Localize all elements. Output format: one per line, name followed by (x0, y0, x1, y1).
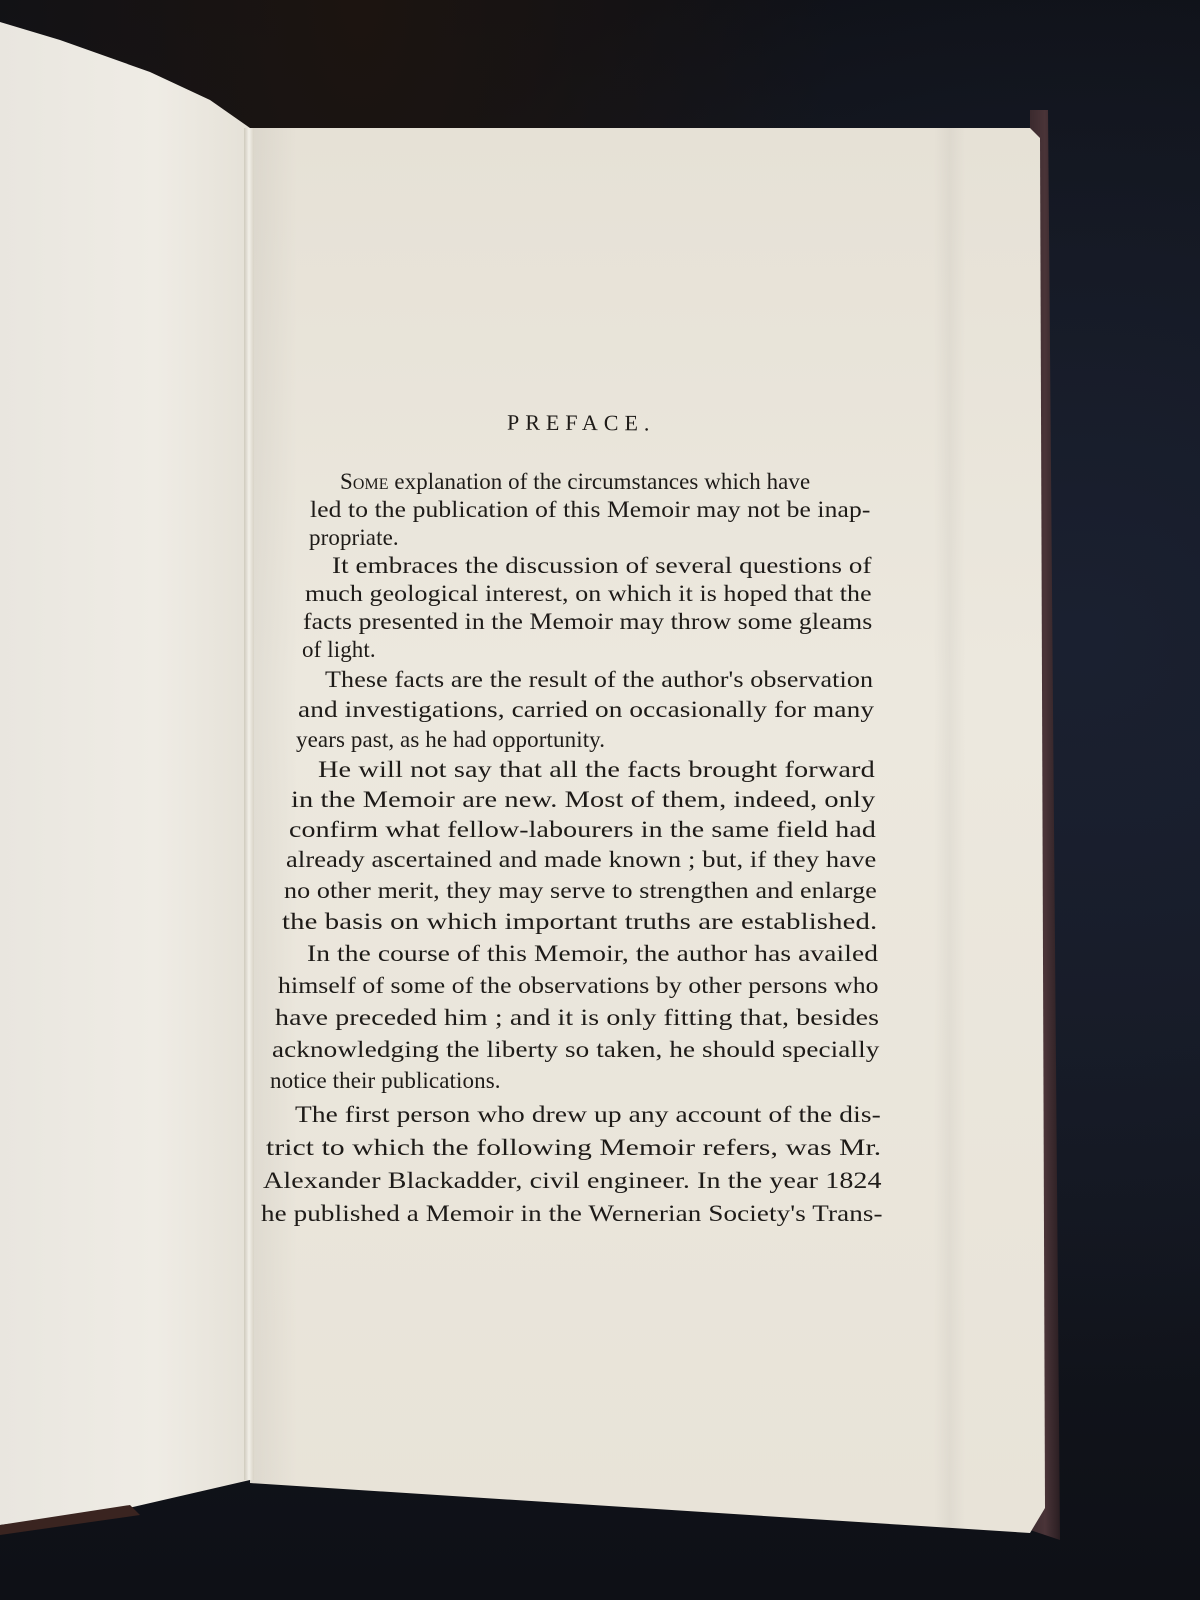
text-line: have preceded him ; and it is only fitti… (275, 1005, 879, 1031)
text-line: In the course of this Memoir, the author… (307, 941, 878, 967)
text-line: notice their publications. (270, 1068, 501, 1094)
text-line: in the Memoir are new. Most of them, ind… (291, 787, 875, 813)
text-line: The first person who drew up any account… (295, 1102, 881, 1128)
text-line: the basis on which important truths are … (282, 909, 877, 935)
text-line: Alexander Blackadder, civil engineer. In… (263, 1168, 882, 1194)
text-line: These facts are the result of the author… (325, 667, 873, 693)
text-line: and investigations, carried on occasiona… (298, 697, 874, 723)
page-title: PREFACE. (507, 410, 656, 437)
text-line: He will not say that all the facts broug… (318, 757, 875, 783)
book-gutter (244, 128, 254, 1480)
text-line: no other merit, they may serve to streng… (284, 878, 877, 904)
text-line: acknowledging the liberty so taken, he s… (272, 1037, 879, 1063)
text-line: facts presented in the Memoir may throw … (303, 609, 872, 635)
text-line: years past, as he had opportunity. (296, 727, 605, 753)
text-line: much geological interest, on which it is… (305, 581, 872, 607)
text-line: led to the publication of this Memoir ma… (310, 497, 870, 523)
text-line: Some explanation of the circumstances wh… (340, 469, 870, 495)
text-line: propriate. (309, 525, 399, 551)
left-blank-page (0, 0, 260, 1600)
drop-smallcaps-word: Some (340, 469, 389, 494)
text-line: of light. (302, 637, 376, 663)
text-line: he published a Memoir in the Wernerian S… (261, 1201, 883, 1227)
text-line: trict to which the following Memoir refe… (266, 1135, 881, 1161)
text-line: himself of some of the observations by o… (278, 973, 879, 999)
text-line: already ascertained and made known ; but… (286, 847, 876, 873)
text-line: confirm what fellow-labourers in the sam… (289, 817, 876, 843)
text-line: It embraces the discussion of several qu… (332, 553, 872, 579)
